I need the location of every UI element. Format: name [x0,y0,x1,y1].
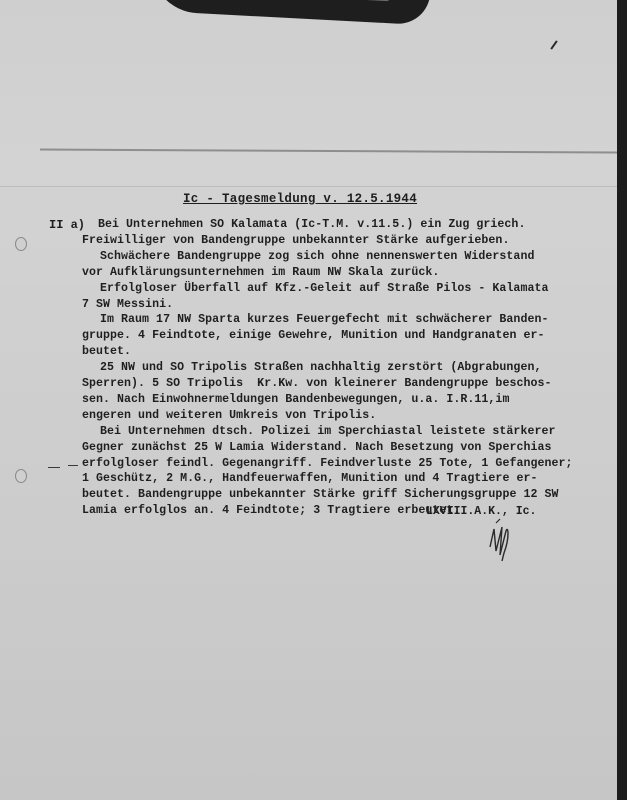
punch-hole-icon [15,469,27,483]
text-line: 25 NW und SO Tripolis Straßen nachhaltig… [100,361,541,374]
text-line: sen. Nach Einwohnermeldungen Bandenbeweg… [82,393,509,406]
section-label: II a) [49,218,85,232]
document-page: Ic - Tagesmeldung v. 12.5.1944 II a) Bei… [0,0,617,800]
text-line: Erfolgloser Überfall auf Kfz.-Geleit auf… [100,282,548,295]
text-line: erfolgloser feindl. Gegenangriff. Feindv… [82,457,573,470]
text-line: Bei Unternehmen dtsch. Polizei im Sperch… [100,425,555,438]
margin-dash [48,467,60,468]
text-line: Gegner zunächst 25 W Lamia Widerstand. N… [82,441,552,454]
text-line: 1 Geschütz, 2 M.G., Handfeuerwaffen, Mun… [82,472,537,485]
text-line: gruppe. 4 Feindtote, einige Gewehre, Mun… [82,329,545,342]
margin-dash [68,465,78,466]
text-line: Im Raum 17 NW Sparta kurzes Feuergefecht… [100,313,548,326]
text-line: Bei Unternehmen SO Kalamata (Ic-T.M. v.1… [98,218,525,231]
text-line: Freiwilliger von Bandengruppe unbekannte… [82,234,509,247]
text-line: engeren und weiteren Umkreis von Tripoli… [82,409,376,422]
text-line: vor Aufklärungsunternehmen im Raum NW Sk… [82,266,439,279]
text-line: beutet. [82,345,131,358]
text-line: Sperren). 5 SO Tripolis Kr.Kw. von klein… [82,377,552,390]
fold-line [40,148,617,153]
text-line: Lamia erfolglos an. 4 Feindtote; 3 Tragt… [82,504,460,517]
pencil-mark [550,40,557,49]
punch-hole-icon [15,237,27,251]
text-line: Schwächere Bandengruppe zog sich ohne ne… [100,250,534,263]
text-line: 7 SW Messini. [82,298,173,311]
handwritten-signature-icon [480,517,520,562]
dark-object-top [149,0,431,25]
fold-line-faint [0,186,617,187]
text-line: beutet. Bandengruppe unbekannter Stärke … [82,488,559,501]
document-title: Ic - Tagesmeldung v. 12.5.1944 [183,192,417,206]
scan-border [617,0,627,800]
